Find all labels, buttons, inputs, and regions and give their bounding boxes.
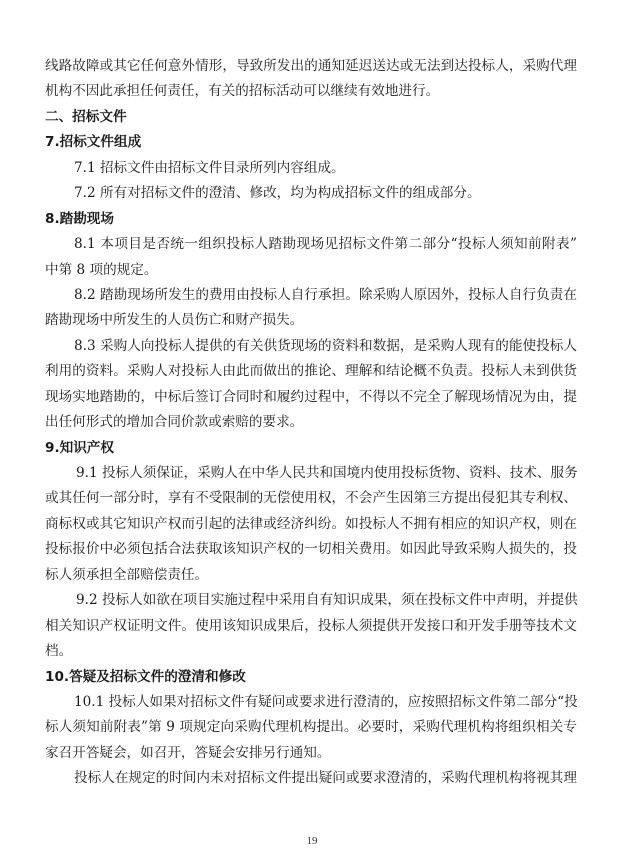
paragraph-line: 机构不因此承担任何责任，有关的招标活动可以继续有效地进行。	[45, 79, 577, 104]
heading-10-clarification: 10.答疑及招标文件的澄清和修改	[45, 665, 577, 690]
paragraph-line: 线路故障或其它任何意外情形，导致所发出的通知延迟送达或无法到达投标人，采购代理	[45, 54, 577, 79]
heading-7-composition: 7.招标文件组成	[45, 130, 577, 155]
clause-10-1: 10.1 投标人如果对招标文件有疑问或要求进行澄清的，应按照招标文件第二部分“投	[45, 690, 577, 715]
clause-9-1: 9.1 投标人须保证，采购人在中华人民共和国境内使用投标货物、资料、技术、服务	[45, 461, 577, 486]
paragraph-line: 相关知识产权证明文件。使用该知识成果后，投标人须提供开发接口和开发手册等技术文	[45, 614, 577, 639]
paragraph-line: 投标人在规定的时间内未对招标文件提出疑问或要求澄清的，采购代理机构将视其理	[45, 766, 577, 791]
paragraph-line: 家召开答疑会，如召开，答疑会安排另行通知。	[45, 741, 577, 766]
clause-8-1: 8.1 本项目是否统一组织投标人踏勘现场见招标文件第二部分“投标人须知前附表”	[45, 232, 577, 257]
heading-9-ip: 9.知识产权	[45, 436, 577, 461]
heading-8-site-visit: 8.踏勘现场	[45, 207, 577, 232]
paragraph-line: 投标报价中必须包括合法获取该知识产权的一切相关费用。如因此导致采购人损失的，投	[45, 537, 577, 562]
document-page: 线路故障或其它任何意外情形，导致所发出的通知延迟送达或无法到达投标人，采购代理 …	[0, 0, 624, 862]
paragraph-line: 现场实地踏勘的，中标后签订合同时和履约过程中，不得以不完全了解现场情况为由，提	[45, 385, 577, 410]
section-heading-bidding-documents: 二、招标文件	[45, 105, 577, 130]
clause-9-2: 9.2 投标人如欲在项目实施过程中采用自有知识成果，须在投标文件中声明，并提供	[45, 588, 577, 613]
page-body: 线路故障或其它任何意外情形，导致所发出的通知延迟送达或无法到达投标人，采购代理 …	[45, 54, 577, 792]
paragraph-line: 标人须承担全部赔偿责任。	[45, 563, 577, 588]
paragraph-line: 出任何形式的增加合同价款或索赔的要求。	[45, 410, 577, 435]
clause-8-3: 8.3 采购人向投标人提供的有关供货现场的资料和数据，是采购人现有的能使投标人	[45, 334, 577, 359]
paragraph-line: 档。	[45, 639, 577, 664]
paragraph-line: 中第 8 项的规定。	[45, 258, 577, 283]
paragraph-line: 商标权或其它知识产权而引起的法律或经济纠纷。如投标人不拥有相应的知识产权，则在	[45, 512, 577, 537]
clause-7-1: 7.1 招标文件由招标文件目录所列内容组成。	[45, 156, 577, 181]
clause-8-2: 8.2 踏勘现场所发生的费用由投标人自行承担。除采购人原因外，投标人自行负责在	[45, 283, 577, 308]
paragraph-line: 或其任何一部分时，享有不受限制的无偿使用权，不会产生因第三方提出侵犯其专利权、	[45, 486, 577, 511]
page-number: 19	[0, 835, 624, 847]
paragraph-line: 标人须知前附表”第 9 项规定向采购代理机构提出。必要时，采购代理机构将组织相关…	[45, 715, 577, 740]
paragraph-line: 利用的资料。采购人对投标人由此而做出的推论、理解和结论概不负责。投标人未到供货	[45, 359, 577, 384]
clause-7-2: 7.2 所有对招标文件的澄清、修改，均为构成招标文件的组成部分。	[45, 181, 577, 206]
paragraph-line: 踏勘现场中所发生的人员伤亡和财产损失。	[45, 308, 577, 333]
